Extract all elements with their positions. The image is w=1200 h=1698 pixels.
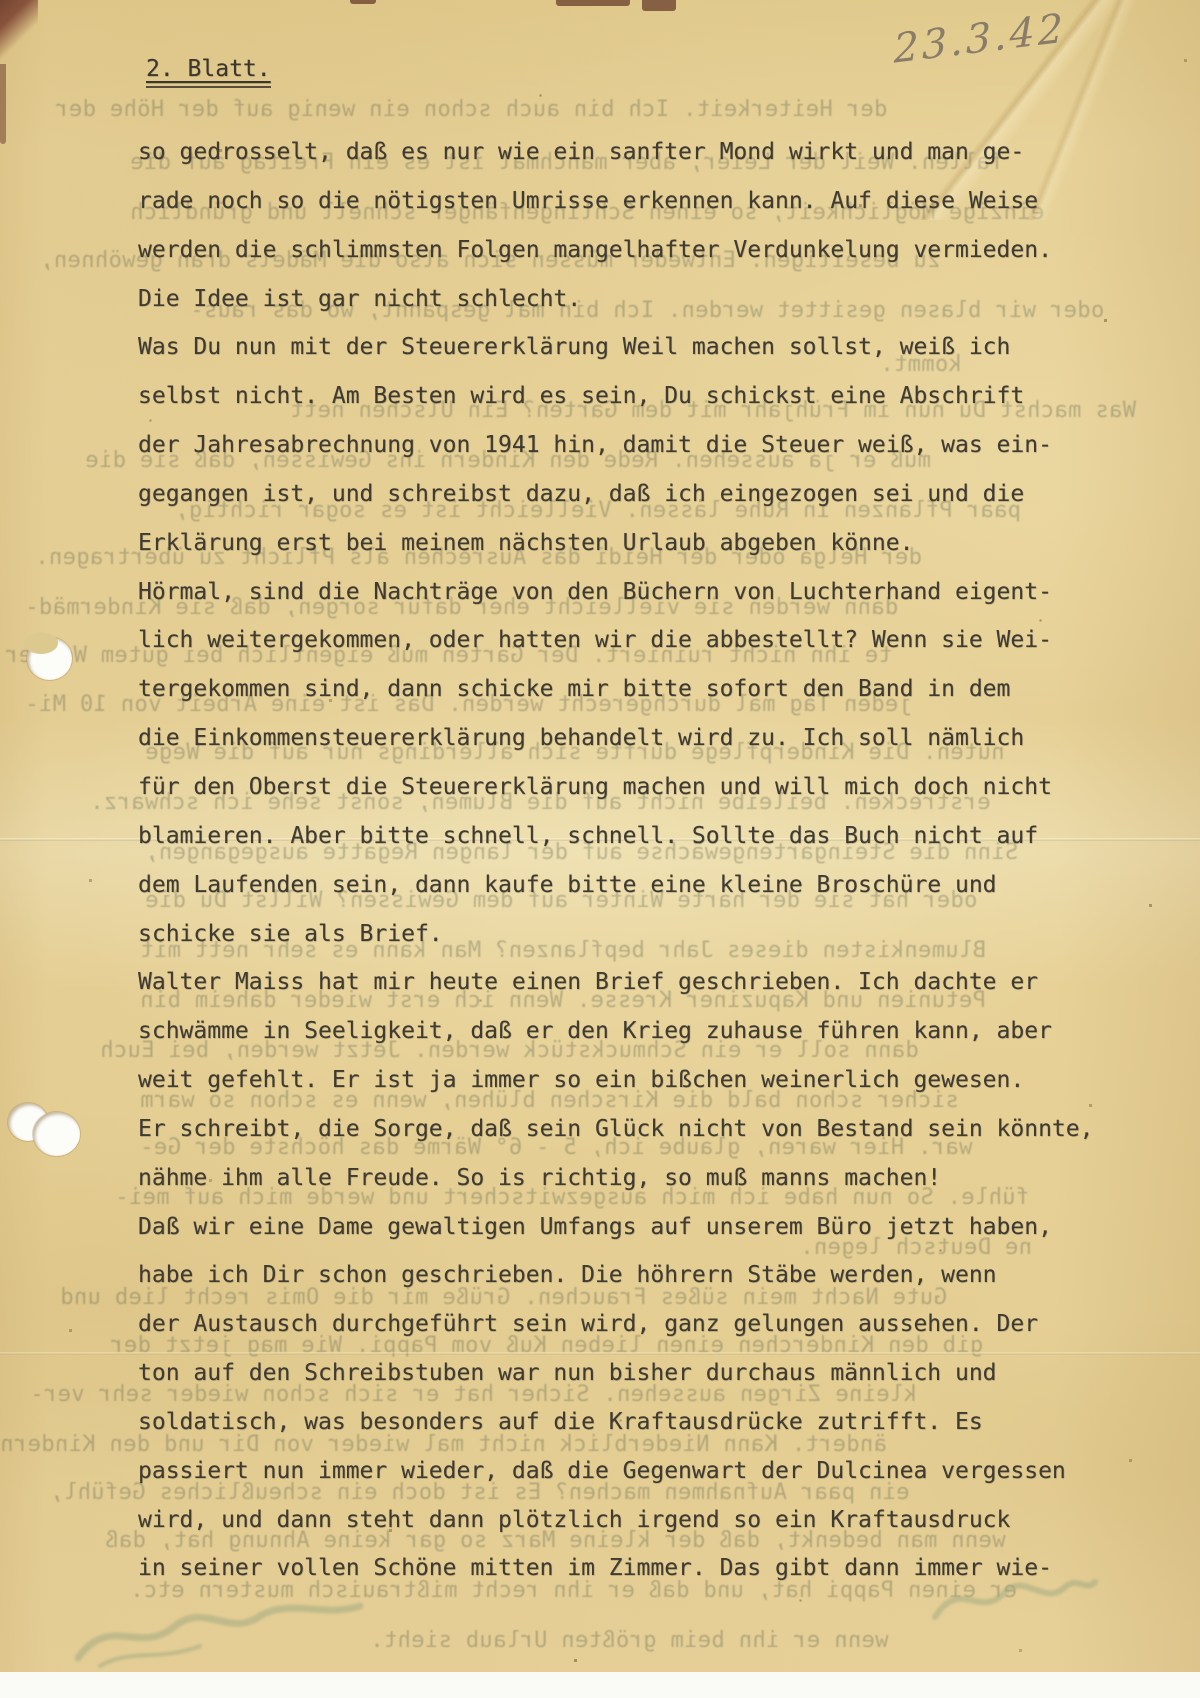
letter-line: Hörmal, sind die Nachträge von den Büche… [138, 568, 1148, 617]
letter-line: dem Laufenden sein, dann kaufe bitte ein… [138, 861, 1148, 910]
letter-line: der Austausch durchgeführt sein wird, ga… [138, 1300, 1148, 1349]
letter-line: soldatisch, was besonders auf die Krafta… [138, 1398, 1148, 1447]
letter-line: tergekommen sind, dann schicke mir bitte… [138, 665, 1148, 714]
letter-body: so gedrosselt, daß es nur wie ein sanfte… [138, 128, 1148, 1593]
letter-line: wird, und dann steht dann plötzlich irge… [138, 1496, 1148, 1545]
letter-line: gegangen ist, und schreibst dazu, daß ic… [138, 470, 1148, 519]
letter-line: passiert nun immer wieder, daß die Gegen… [138, 1447, 1148, 1496]
sheet-number-heading: 2. Blatt. [146, 56, 271, 88]
scanner-background [0, 1672, 1200, 1698]
letter-line: lich weitergekommen, oder hatten wir die… [138, 616, 1148, 665]
letter-line: Erklärung erst bei meinem nächsten Urlau… [138, 519, 1148, 568]
signature-bleedthrough-left [70, 1588, 370, 1673]
letter-line: weit gefehlt. Er ist ja immer so ein biß… [138, 1056, 1148, 1105]
letter-line: der Jahresabrechnung von 1941 hin, damit… [138, 421, 1148, 470]
letter-line: habe ich Dir schon geschrieben. Die höhr… [138, 1251, 1148, 1300]
letter-line: die Einkommensteuererklärung behandelt w… [138, 714, 1148, 763]
torn-corner [0, 0, 38, 64]
scanned-letter-screenshot: { "page": { "sheet_label": "2. Blatt.", … [0, 0, 1200, 1698]
bleedthrough-line: der Heiterkeit. Ich bin auch schon ein w… [55, 97, 887, 122]
letter-line: Die Idee ist gar nicht schlecht. [138, 275, 1148, 324]
letter-line: selbst nicht. Am Besten wird es sein, Du… [138, 372, 1148, 421]
edge-tear [0, 64, 6, 144]
letter-line: werden die schlimmsten Folgen mangelhaft… [138, 226, 1148, 275]
letter-line: für den Oberst die Steuererklärung mache… [138, 763, 1148, 812]
letter-line: Was Du nun mit der Steuererklärung Weil … [138, 323, 1148, 372]
letter-line: ton auf den Schreibstuben war nun bisher… [138, 1349, 1148, 1398]
letter-line: nähme ihm alle Freude. So is richtig, so… [138, 1154, 1148, 1203]
dust-speckles [0, 0, 1, 1]
letter-line: Er schreibt, die Sorge, daß sein Glück n… [138, 1105, 1148, 1154]
paper-sheet: der Heiterkeit. Ich bin auch schon ein w… [0, 0, 1200, 1672]
letter-line: so gedrosselt, daß es nur wie ein sanfte… [138, 128, 1148, 177]
bleedthrough-line: wenn er ihn beim größten Urlaub sieht. [370, 1628, 889, 1653]
edge-tear [642, 0, 676, 11]
punch-hole-bottom [33, 1112, 80, 1156]
edge-tear [350, 0, 376, 4]
letter-line: schicke sie als Brief. [138, 910, 1148, 959]
letter-line: Walter Maiss hat mir heute einen Brief g… [138, 958, 1148, 1007]
letter-line: Daß wir eine Dame gewaltigen Umfangs auf… [138, 1203, 1148, 1252]
letter-line: blamieren. Aber bitte schnell, schnell. … [138, 812, 1148, 861]
letter-line: rade noch so die nötigsten Umrisse erken… [138, 177, 1148, 226]
punch-hole-top [27, 637, 72, 680]
letter-line: schwämme in Seeligkeit, daß er den Krieg… [138, 1007, 1148, 1056]
edge-tear [556, 0, 630, 6]
signature-bleedthrough-right [925, 1562, 1100, 1637]
